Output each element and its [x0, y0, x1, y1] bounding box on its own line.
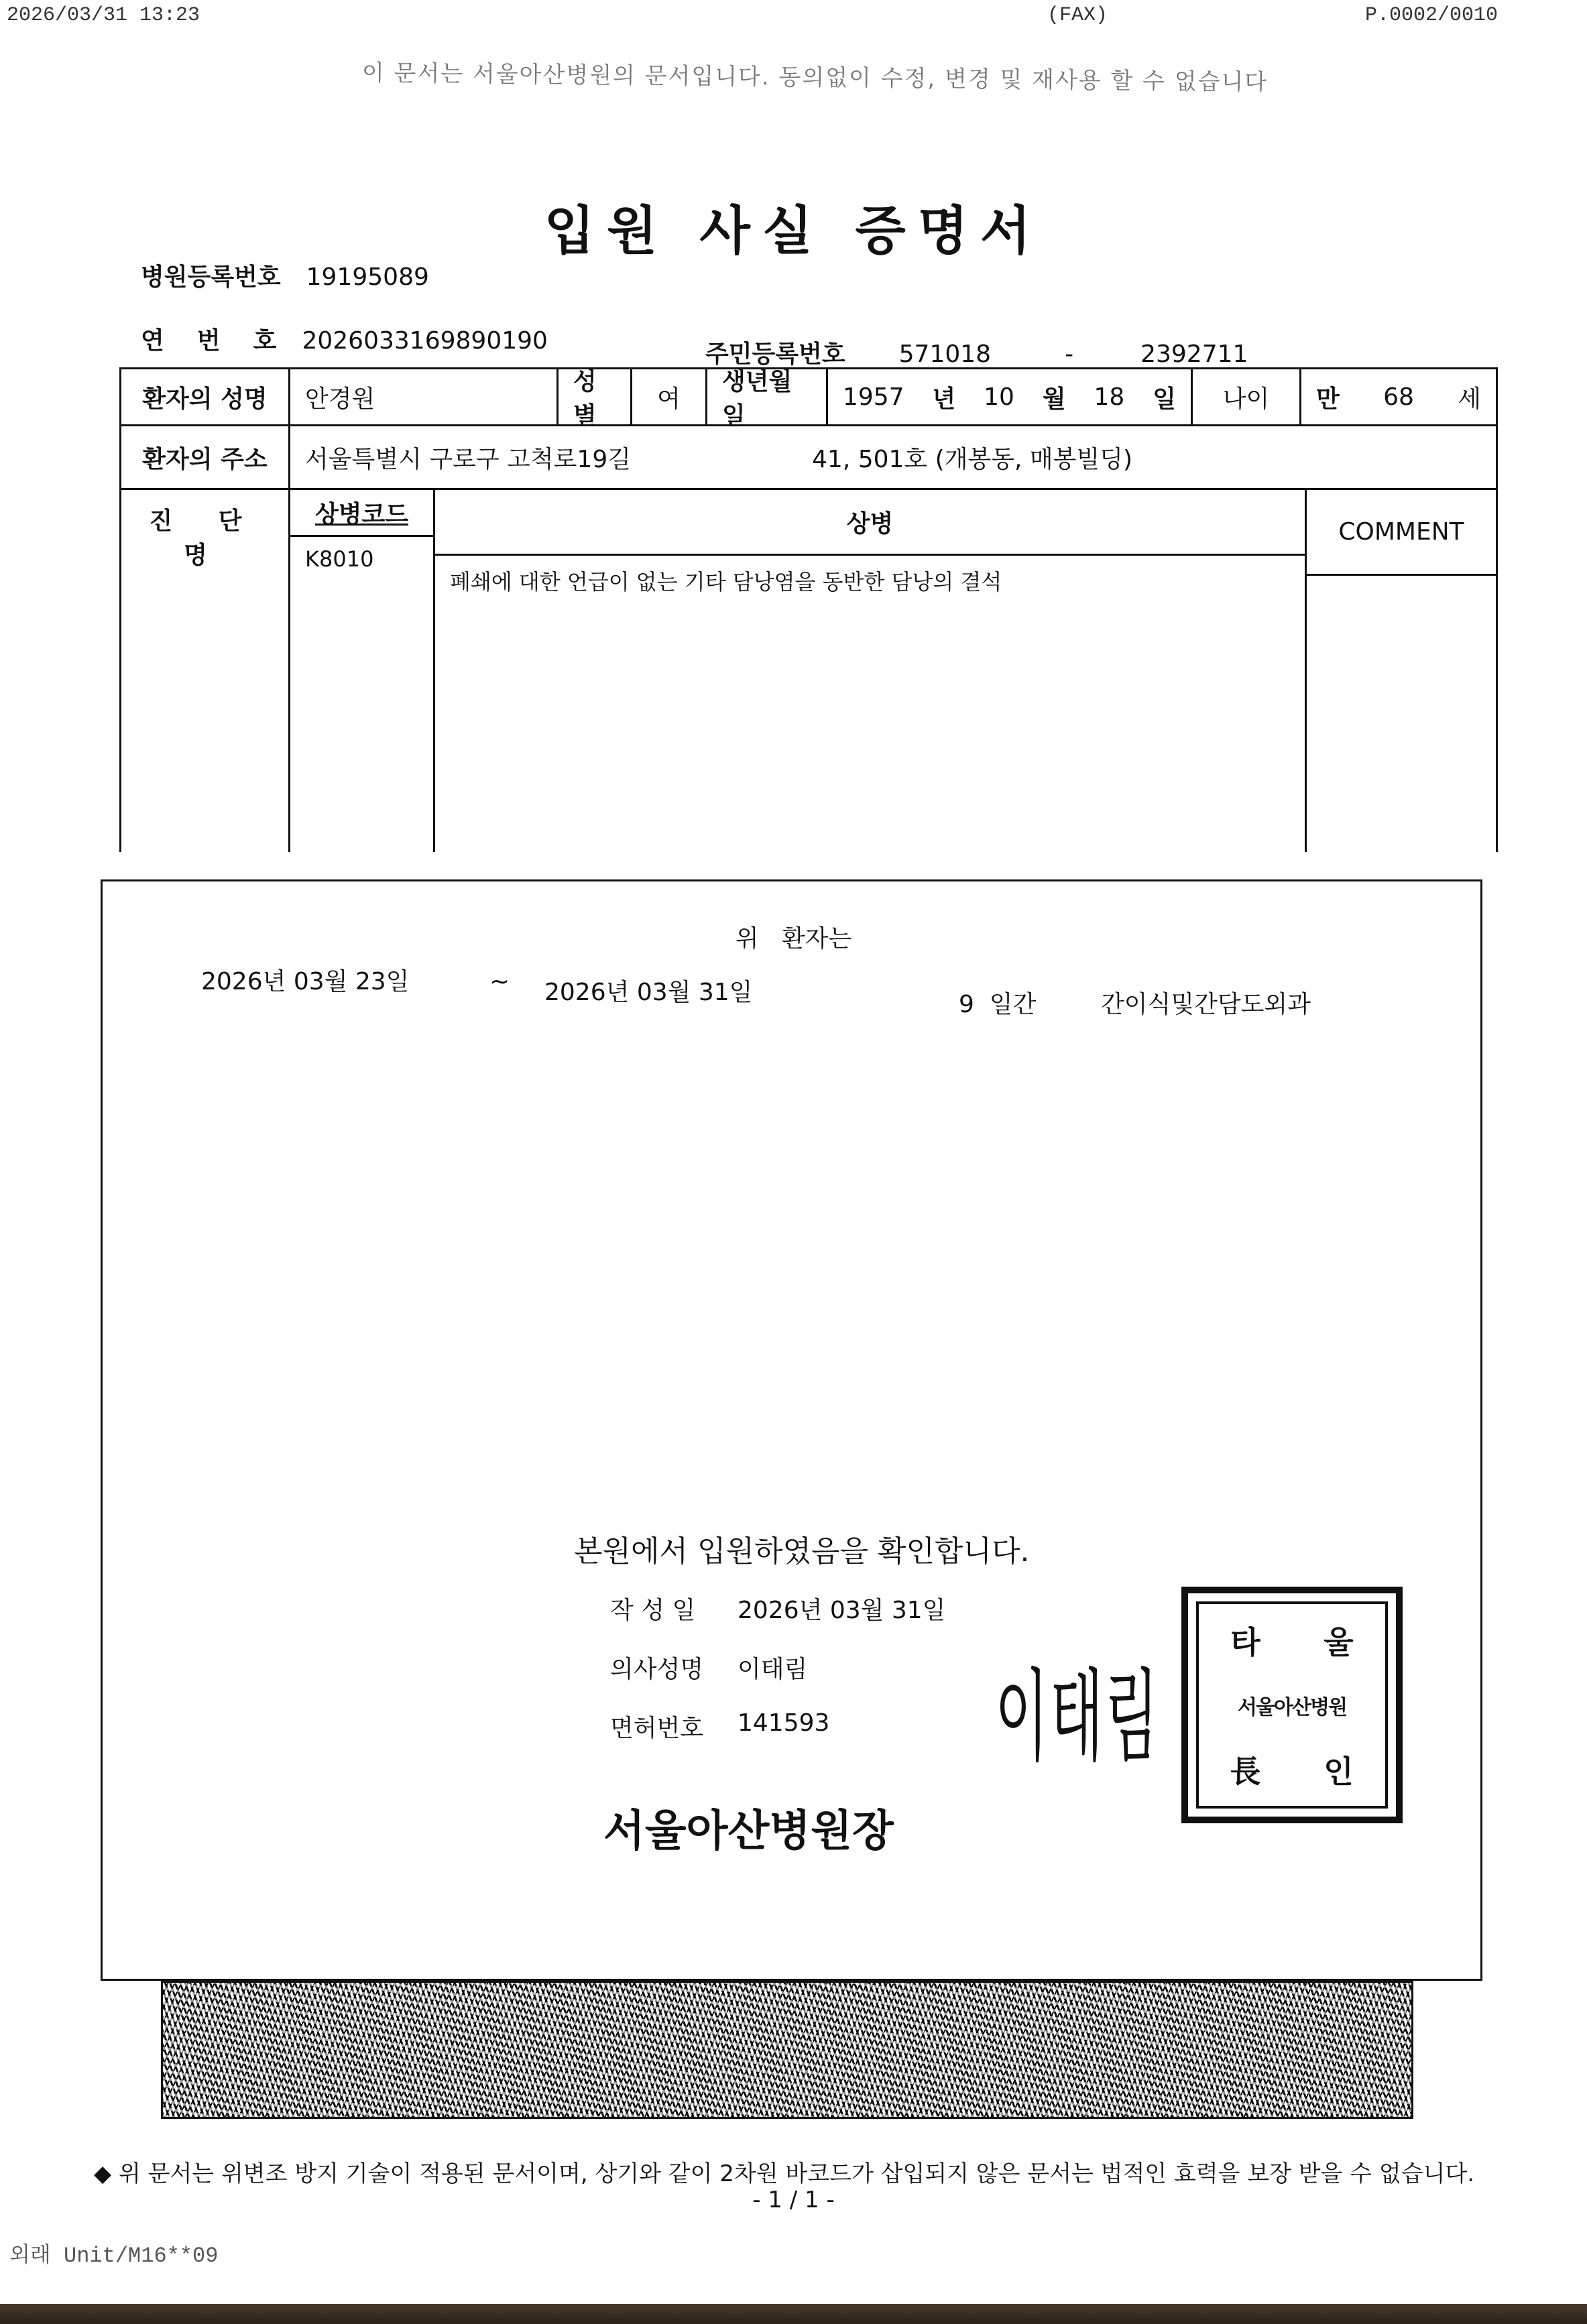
serial-row: 연 번 호 2026033169890190: [141, 322, 548, 356]
page-number: - 1 / 1 -: [0, 2187, 1587, 2213]
seal-char-top-right: 울: [1292, 1618, 1385, 1662]
age-unit: 세: [1458, 380, 1481, 414]
sex-label: 성별: [559, 369, 632, 424]
diagnosis-label: 진 단 명: [121, 490, 290, 852]
month-unit: 월: [1043, 380, 1066, 414]
address-detail: 41, 501호 (개봉동, 매봉빌딩): [812, 440, 1132, 475]
doctor-row: 의사성명 이태림: [610, 1650, 807, 1685]
doctor-label: 의사성명: [610, 1650, 738, 1685]
diagnosis-section: 진 단 명 상병코드 K8010 상병 폐쇄에 대한 언급이 없는 기타 담낭염…: [121, 490, 1496, 852]
admission-end: 2026년 03월 31일: [544, 973, 752, 1007]
birth-day: 18: [1094, 383, 1125, 411]
hospital-head-title: 서울아산병원장: [603, 1796, 894, 1858]
age-label: 나이: [1193, 369, 1301, 424]
diagnosis-comment-column: COMMENT: [1307, 490, 1496, 852]
birth-year: 1957: [843, 383, 904, 411]
doctor-signature: 이태림: [995, 1636, 1160, 1780]
address-label: 환자의 주소: [121, 426, 290, 488]
anti-forgery-2d-barcode: [161, 1981, 1413, 2119]
legal-notice: ◆ 위 문서는 위변조 방지 기술이 적용된 문서이며, 상기와 같이 2차원 …: [94, 2155, 1474, 2188]
serial-value: 2026033169890190: [302, 327, 547, 355]
birth-month: 10: [984, 383, 1014, 411]
sex-value: 여: [632, 369, 707, 424]
issue-date-value: 2026년 03월 31일: [738, 1591, 945, 1626]
diagnosis-code-column: 상병코드 K8010: [290, 490, 435, 852]
diagnosis-name-column: 상병 폐쇄에 대한 언급이 없는 기타 담낭염을 동반한 담낭의 결석: [435, 490, 1307, 852]
seal-char-bottom-left: 長: [1199, 1748, 1292, 1792]
resident-front: 571018: [899, 341, 991, 368]
confirmation-statement: 본원에서 입원하였음을 확인합니다.: [574, 1527, 1030, 1570]
admission-range-sep: ~: [489, 968, 510, 995]
address-line: 서울특별시 구로구 고척로19길: [305, 440, 631, 475]
serial-label: 연 번 호: [141, 322, 282, 356]
patient-info-table: 환자의 성명 안경원 성별 여 생년월일 1957 년 10 월 18 일 나이…: [119, 367, 1498, 852]
license-no: 141593: [738, 1709, 829, 1744]
patient-name-row: 환자의 성명 안경원 성별 여 생년월일 1957 년 10 월 18 일 나이…: [121, 369, 1496, 426]
admission-start: 2026년 03월 23일: [201, 963, 409, 997]
seal-char-top-left: 타: [1199, 1618, 1292, 1662]
issue-date-row: 작 성 일 2026년 03월 31일: [610, 1591, 945, 1626]
diagnosis-name: 폐쇄에 대한 언급이 없는 기타 담낭염을 동반한 담낭의 결석: [435, 556, 1305, 605]
doctor-name: 이태림: [738, 1650, 807, 1685]
diagnosis-code: K8010: [290, 537, 433, 581]
seal-char-bottom-right: 인: [1292, 1748, 1385, 1792]
license-row: 면허번호 141593: [610, 1709, 829, 1744]
fax-page: P.0002/0010: [1365, 4, 1498, 27]
patient-address-row: 환자의 주소 서울특별시 구로구 고척로19길 41, 501호 (개봉동, 매…: [121, 426, 1496, 490]
issue-date-label: 작 성 일: [610, 1591, 738, 1626]
year-unit: 년: [933, 380, 956, 414]
diagnosis-comment: [1307, 576, 1496, 595]
birth-value: 1957 년 10 월 18 일: [828, 369, 1193, 424]
age-prefix: 만: [1316, 380, 1340, 414]
admission-intro: 위 환자는: [0, 920, 1587, 954]
license-label: 면허번호: [610, 1709, 738, 1744]
code-header: 상병코드: [290, 490, 433, 537]
resident-sep: -: [1065, 341, 1073, 368]
name-header: 상병: [435, 490, 1305, 556]
seal-middle: 서울아산병원: [1199, 1691, 1385, 1720]
document-title: 입원 사실 증명서: [0, 189, 1587, 264]
age-number: 68: [1383, 383, 1414, 411]
day-unit: 일: [1153, 380, 1176, 414]
fax-tag: (FAX): [1047, 4, 1108, 27]
fax-datetime: 2026/03/31 13:23: [7, 4, 200, 27]
admission-duration: 9 일간: [959, 985, 1036, 1020]
admission-department: 간이식및간담도외과: [1101, 985, 1311, 1020]
resident-back: 2392711: [1140, 341, 1248, 368]
hospital-seal-stamp: 타 울 서울아산병원 長 인: [1181, 1587, 1403, 1823]
name-label: 환자의 성명: [121, 369, 290, 424]
hospital-reg-row: 병원등록번호 19195089: [141, 258, 429, 292]
hospital-reg-label: 병원등록번호: [141, 258, 281, 292]
age-value: 만 68 세: [1301, 369, 1496, 424]
copy-protection-notice: 이 문서는 서울아산병원의 문서입니다. 동의없이 수정, 변경 및 재사용 할…: [362, 54, 1274, 97]
desk-edge: [0, 2304, 1587, 2324]
name-value: 안경원: [290, 369, 559, 424]
comment-header: COMMENT: [1307, 490, 1496, 576]
form-code: 외래 Unit/M16**09: [9, 2238, 218, 2268]
address-value: 서울특별시 구로구 고척로19길 41, 501호 (개봉동, 매봉빌딩): [290, 426, 1496, 488]
birth-label: 생년월일: [707, 369, 828, 424]
hospital-reg-value: 19195089: [306, 263, 429, 291]
